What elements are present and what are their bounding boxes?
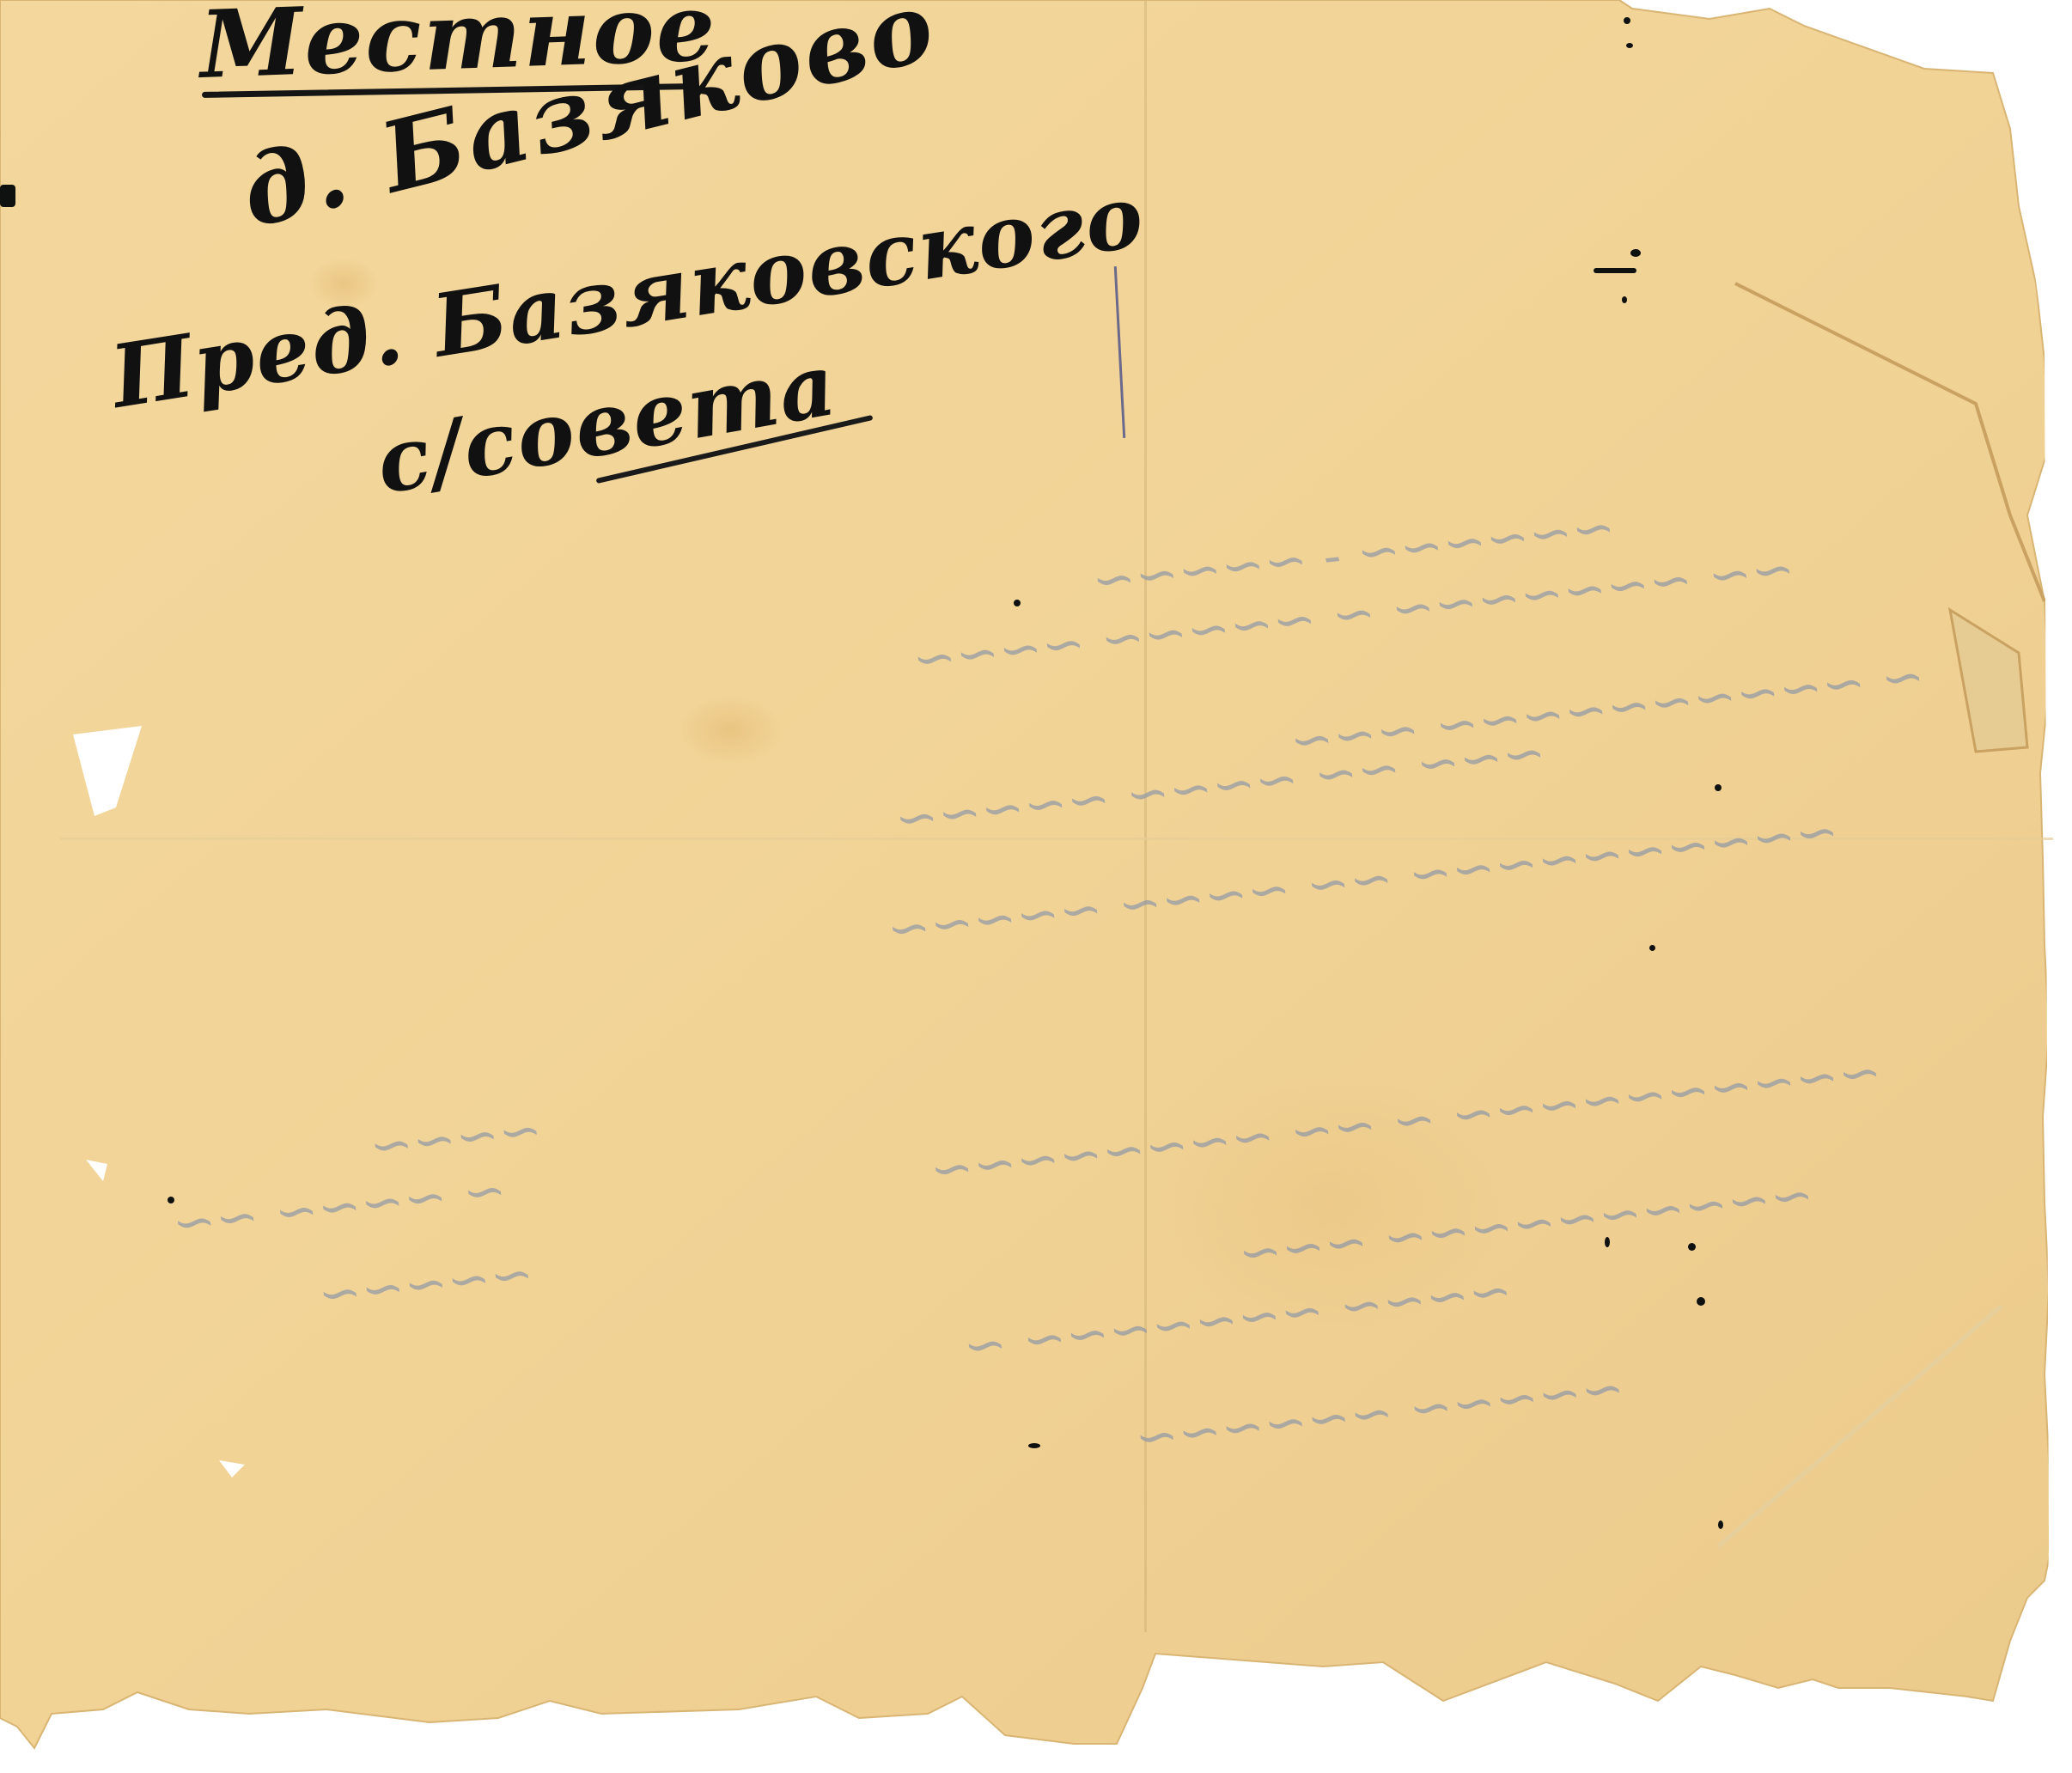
ink-speck <box>1624 17 1630 24</box>
ink-speck <box>1630 249 1641 257</box>
ink-speck <box>168 1197 174 1203</box>
ink-speck <box>1028 1443 1040 1448</box>
ink-speck <box>1715 784 1722 791</box>
ink-speck <box>1718 1520 1723 1529</box>
ink-speck <box>1688 1243 1696 1251</box>
ink-speck <box>1697 1297 1705 1306</box>
ink-speck <box>1605 1237 1610 1247</box>
ink-speck <box>1594 268 1636 273</box>
ink-speck <box>1014 600 1021 606</box>
ink-speck <box>0 185 15 207</box>
ink-speck <box>1622 296 1627 303</box>
ink-speck <box>1649 945 1655 951</box>
ink-speck <box>1626 43 1633 48</box>
